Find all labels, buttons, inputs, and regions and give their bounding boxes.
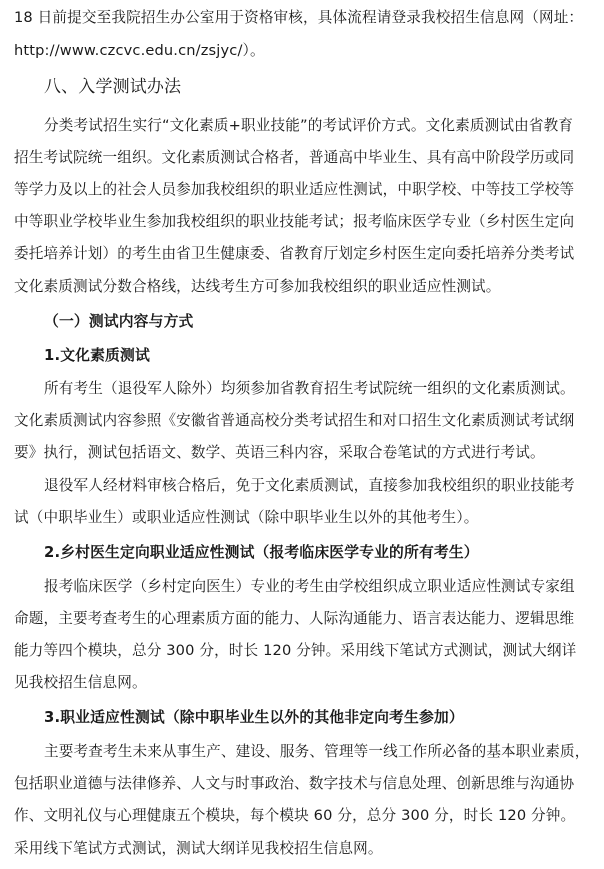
body-line: 作、文明礼仪与心理健康五个模块，每个模块 60 分，总分 300 分，时长 12… <box>14 806 575 826</box>
section-heading: 八、入学测试办法 <box>44 77 181 97</box>
body-line: 能力等四个模块，总分 300 分，时长 120 分钟。采用线下笔试方式测试，测试… <box>14 641 576 661</box>
subsection-heading: （一）测试内容与方式 <box>44 312 193 332</box>
body-line: 18 日前提交至我院招生办公室用于资格审核，具体流程请登录我校招生信息网（网址： <box>14 8 583 28</box>
body-line: 等学力及以上的社会人员参加我校组织的职业适应性测试，中职学校、中等技工学校等 <box>14 180 574 200</box>
body-line: 包括职业道德与法律修养、人文与时事政治、数字技术与信息处理、创新思维与沟通协 <box>14 774 574 794</box>
item-heading: 1.文化素质测试 <box>44 346 150 366</box>
body-line: 试（中职毕业生）或职业适应性测试（除中职毕业生以外的其他考生）。 <box>14 508 479 528</box>
body-line: 报考临床医学（乡村定向医生）专业的考生由学校组织成立职业适应性测试专家组 <box>44 577 575 597</box>
body-line: 分类考试招生实行“文化素质+职业技能”的考试评价方式。文化素质测试由省教育 <box>44 116 573 136</box>
body-line: 采用线下笔试方式测试，测试大纲详见我校招生信息网。 <box>14 839 383 859</box>
url-line: http://www.czcvc.edu.cn/zsjyc/）。 <box>14 41 265 61</box>
body-line: 命题，主要考查考生的心理素质方面的能力、人际沟通能力、语言表达能力、逻辑思维 <box>14 609 574 629</box>
item-heading: 2.乡村医生定向职业适应性测试（报考临床医学专业的所有考生） <box>44 543 479 563</box>
body-line: 主要考查考生未来从事生产、建设、服务、管理等一线工作所必备的基本职业素质， <box>44 742 590 762</box>
body-line: 文化素质测试分数合格线，达线考生方可参加我校组织的职业适应性测试。 <box>14 277 501 297</box>
body-line: 中等职业学校毕业生参加我校组织的职业技能考试；报考临床医学专业（乡村医生定向 <box>14 212 574 232</box>
body-line: 要》执行，测试包括语文、数学、英语三科内容，采取合卷笔试的方式进行考试。 <box>14 443 545 463</box>
item-heading: 3.职业适应性测试（除中职毕业生以外的其他非定向考生参加） <box>44 708 464 728</box>
body-line: 退役军人经材料审核合格后，免于文化素质测试，直接参加我校组织的职业技能考 <box>44 476 575 496</box>
body-line: 招生考试院统一组织。文化素质测试合格者，普通高中毕业生、具有高中阶段学历或同 <box>14 148 574 168</box>
body-line: 文化素质测试内容参照《安徽省普通高校分类考试招生和对口招生文化素质测试考试纲 <box>14 411 574 431</box>
body-line: 委托培养计划）的考生由省卫生健康委、省教育厅划定乡村医生定向委托培养分类考试 <box>14 244 574 264</box>
body-line: 所有考生（退役军人除外）均须参加省教育招生考试院统一组织的文化素质测试。 <box>44 379 575 399</box>
body-line: 见我校招生信息网。 <box>14 673 147 693</box>
